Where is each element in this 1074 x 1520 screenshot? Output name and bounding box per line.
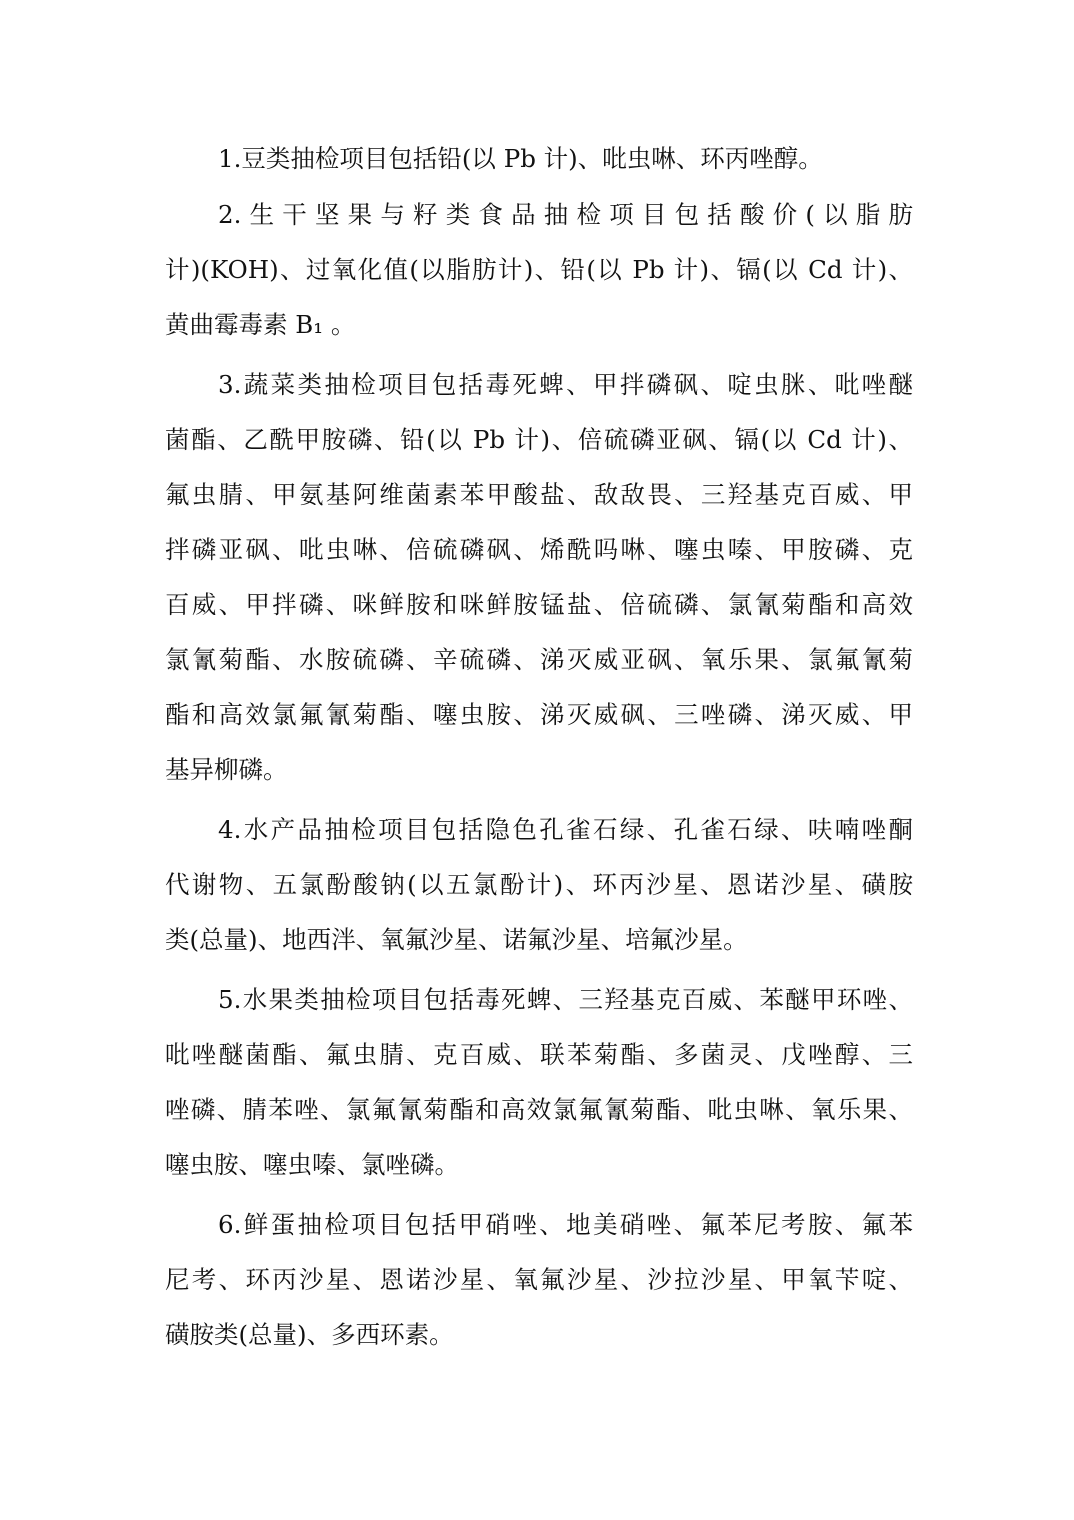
paragraph-3-line-6: 氯氰菊酯、水胺硫磷、辛硫磷、涕灭威亚砜、氧乐果、氯氟氰菊 bbox=[165, 642, 913, 678]
paragraph-2-line-2: 计)(KOH)、过氧化值(以脂肪计)、铅(以 Pb 计)、镉(以 Cd 计)、 bbox=[165, 252, 913, 288]
paragraph-3-line-7: 酯和高效氯氟氰菊酯、噻虫胺、涕灭威砜、三唑磷、涕灭威、甲 bbox=[165, 697, 913, 733]
paragraph-3-line-1: 3.蔬菜类抽检项目包括毒死蜱、甲拌磷砜、啶虫脒、吡唑醚 bbox=[218, 367, 913, 403]
paragraph-5-line-2: 吡唑醚菌酯、氟虫腈、克百威、联苯菊酯、多菌灵、戊唑醇、三 bbox=[165, 1037, 913, 1073]
paragraph-6-line-2: 尼考、环丙沙星、恩诺沙星、氧氟沙星、沙拉沙星、甲氧苄啶、 bbox=[165, 1262, 913, 1298]
paragraph-4-line-2: 代谢物、五氯酚酸钠(以五氯酚计)、环丙沙星、恩诺沙星、磺胺 bbox=[165, 867, 913, 903]
paragraph-3-line-4: 拌磷亚砜、吡虫啉、倍硫磷砜、烯酰吗啉、噻虫嗪、甲胺磷、克 bbox=[165, 532, 913, 568]
paragraph-3-line-5: 百威、甲拌磷、咪鲜胺和咪鲜胺锰盐、倍硫磷、氯氰菊酯和高效 bbox=[165, 587, 913, 623]
paragraph-3-line-3: 氟虫腈、甲氨基阿维菌素苯甲酸盐、敌敌畏、三羟基克百威、甲 bbox=[165, 477, 913, 513]
paragraph-4-line-3: 类(总量)、地西泮、氧氟沙星、诺氟沙星、培氟沙星。 bbox=[165, 922, 913, 958]
paragraph-3-line-8: 基异柳磷。 bbox=[165, 752, 913, 788]
paragraph-2-line-3: 黄曲霉毒素 B₁ 。 bbox=[165, 307, 913, 343]
paragraph-5-line-3: 唑磷、腈苯唑、氯氟氰菊酯和高效氯氟氰菊酯、吡虫啉、氧乐果、 bbox=[165, 1092, 913, 1128]
paragraph-5-line-4: 噻虫胺、噻虫嗪、氯唑磷。 bbox=[165, 1147, 913, 1183]
paragraph-4-line-1: 4.水产品抽检项目包括隐色孔雀石绿、孔雀石绿、呋喃唑酮 bbox=[218, 812, 913, 848]
document-page: 1.豆类抽检项目包括铅(以 Pb 计)、吡虫啉、环丙唑醇。 2.生干坚果与籽类食… bbox=[0, 0, 1074, 1520]
paragraph-5-line-1: 5.水果类抽检项目包括毒死蜱、三羟基克百威、苯醚甲环唑、 bbox=[218, 982, 913, 1018]
paragraph-6-line-3: 磺胺类(总量)、多西环素。 bbox=[165, 1317, 913, 1353]
paragraph-2-line-1: 2.生干坚果与籽类食品抽检项目包括酸价(以脂肪 bbox=[218, 197, 913, 233]
paragraph-1-line-1: 1.豆类抽检项目包括铅(以 Pb 计)、吡虫啉、环丙唑醇。 bbox=[218, 141, 913, 177]
paragraph-3-line-2: 菌酯、乙酰甲胺磷、铅(以 Pb 计)、倍硫磷亚砜、镉(以 Cd 计)、 bbox=[165, 422, 913, 458]
paragraph-6-line-1: 6.鲜蛋抽检项目包括甲硝唑、地美硝唑、氟苯尼考胺、氟苯 bbox=[218, 1207, 913, 1243]
